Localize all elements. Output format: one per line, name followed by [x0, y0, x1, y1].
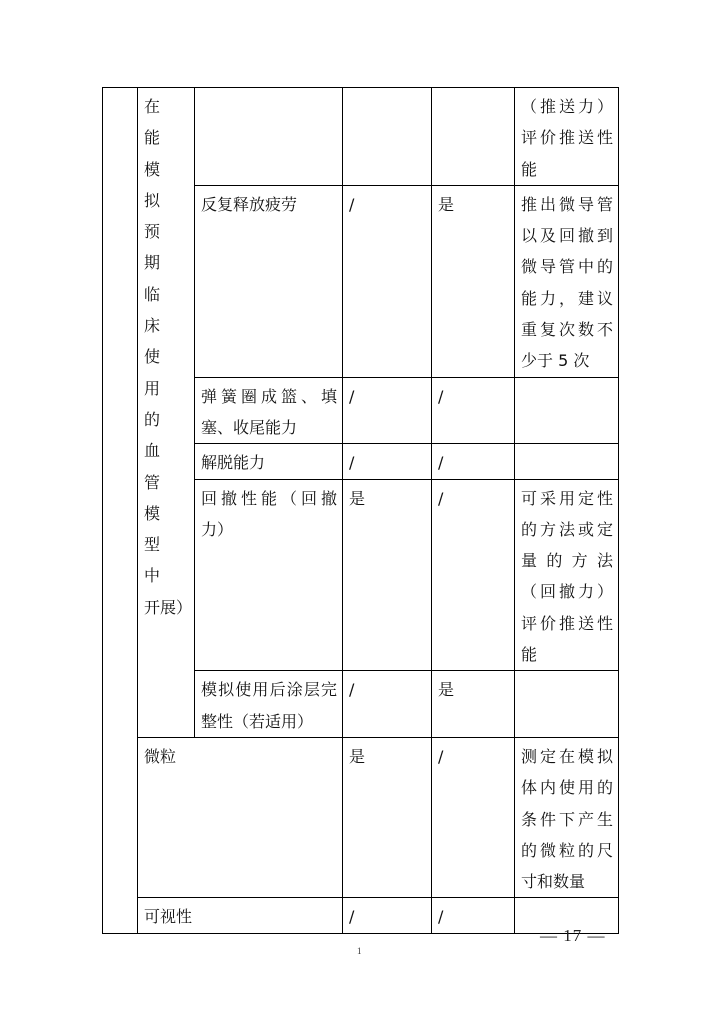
- item-cell: 微粒: [138, 737, 343, 897]
- col-b-cell: 是: [432, 185, 515, 377]
- col-b-cell: [432, 88, 515, 186]
- table-row: 微粒 是 / 测定在模拟体内使用的条件下产生的微粒的尺寸和数量: [103, 737, 619, 897]
- note-cell: [515, 444, 619, 479]
- test-requirements-table: 在 能模 拟预 期临 床使 用的 血管 模型 中开展） （推送力）评价推送性能 …: [102, 87, 619, 934]
- item-cell: 弹簧圈成篮、填塞、收尾能力: [195, 377, 343, 444]
- col-a-cell: 是: [343, 479, 432, 671]
- item-cell: 反复释放疲劳: [195, 185, 343, 377]
- note-cell: （推送力）评价推送性能: [515, 88, 619, 186]
- blank-category-cell: [103, 88, 138, 934]
- col-a-cell: /: [343, 377, 432, 444]
- group-label-cell: 在 能模 拟预 期临 床使 用的 血管 模型 中开展）: [138, 88, 195, 738]
- col-b-cell: /: [432, 898, 515, 933]
- page-number: — 17 —: [540, 926, 606, 946]
- note-cell: 可采用定性的方法或定量的方法（回撤力）评价推送性能: [515, 479, 619, 671]
- item-cell: 回撤性能（回撤力）: [195, 479, 343, 671]
- col-b-cell: /: [432, 444, 515, 479]
- note-cell: 推出微导管以及回撤到微导管中的能力，建议重复次数不少于 5 次: [515, 185, 619, 377]
- col-b-cell: /: [432, 737, 515, 897]
- note-cell: [515, 377, 619, 444]
- item-cell: [195, 88, 343, 186]
- item-cell: 可视性: [138, 898, 343, 933]
- col-a-cell: 是: [343, 737, 432, 897]
- col-a-cell: /: [343, 671, 432, 738]
- col-a-cell: /: [343, 898, 432, 933]
- item-cell: 模拟使用后涂层完整性（若适用）: [195, 671, 343, 738]
- col-b-cell: /: [432, 479, 515, 671]
- note-cell: [515, 671, 619, 738]
- note-cell: 测定在模拟体内使用的条件下产生的微粒的尺寸和数量: [515, 737, 619, 897]
- col-a-cell: /: [343, 185, 432, 377]
- footer-mark: 1: [357, 946, 362, 956]
- document-page: 在 能模 拟预 期临 床使 用的 血管 模型 中开展） （推送力）评价推送性能 …: [0, 0, 720, 1018]
- item-cell: 解脱能力: [195, 444, 343, 479]
- col-a-cell: /: [343, 444, 432, 479]
- table-row: 在 能模 拟预 期临 床使 用的 血管 模型 中开展） （推送力）评价推送性能: [103, 88, 619, 186]
- col-a-cell: [343, 88, 432, 186]
- col-b-cell: 是: [432, 671, 515, 738]
- col-b-cell: /: [432, 377, 515, 444]
